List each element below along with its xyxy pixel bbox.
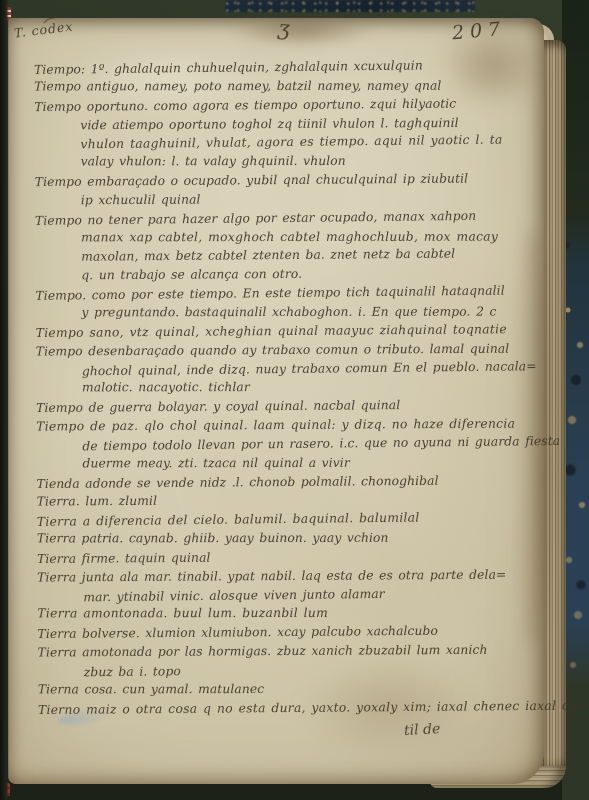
entry-line: Tiempo antiguo, namey, poto namey, batzi… (34, 76, 536, 96)
entry-line: Tierna cosa. cun yamal. matulanec (38, 679, 540, 699)
continuation-line: duerme meay. zti. tzaca nil quinal a viv… (36, 453, 538, 473)
continuation-line: valay vhulon: l. ta valay ghquinil. vhul… (35, 152, 537, 172)
manuscript-page: T. codex ʒ 207 Tiempo: 1º. ghalalquin ch… (8, 18, 544, 784)
book-photo: T. codex ʒ 207 Tiempo: 1º. ghalalquin ch… (0, 0, 589, 800)
gutter-shadow (0, 0, 9, 800)
marble-speckles (562, 0, 589, 800)
book-fore-edge (541, 40, 566, 776)
continuation-line: y preguntando. bastaquinalil xchaboghon.… (36, 303, 538, 323)
entry-line: Tierra patria. caynab. ghiib. yaay buino… (37, 529, 539, 549)
catchword: til de (404, 721, 441, 739)
ink-flourish-icon (42, 12, 72, 26)
cover-marble-patch-top (225, 0, 475, 12)
quire-mark: ʒ (277, 16, 291, 41)
dictionary-entries: Tiempo: 1º. ghalalquin chuhuelquin, zgha… (34, 56, 540, 719)
cover-marble-strip-right (562, 0, 589, 800)
entry-line: Tierno maiz o otra cosa q no esta dura, … (38, 697, 540, 720)
folio-number: 207 (451, 18, 507, 45)
